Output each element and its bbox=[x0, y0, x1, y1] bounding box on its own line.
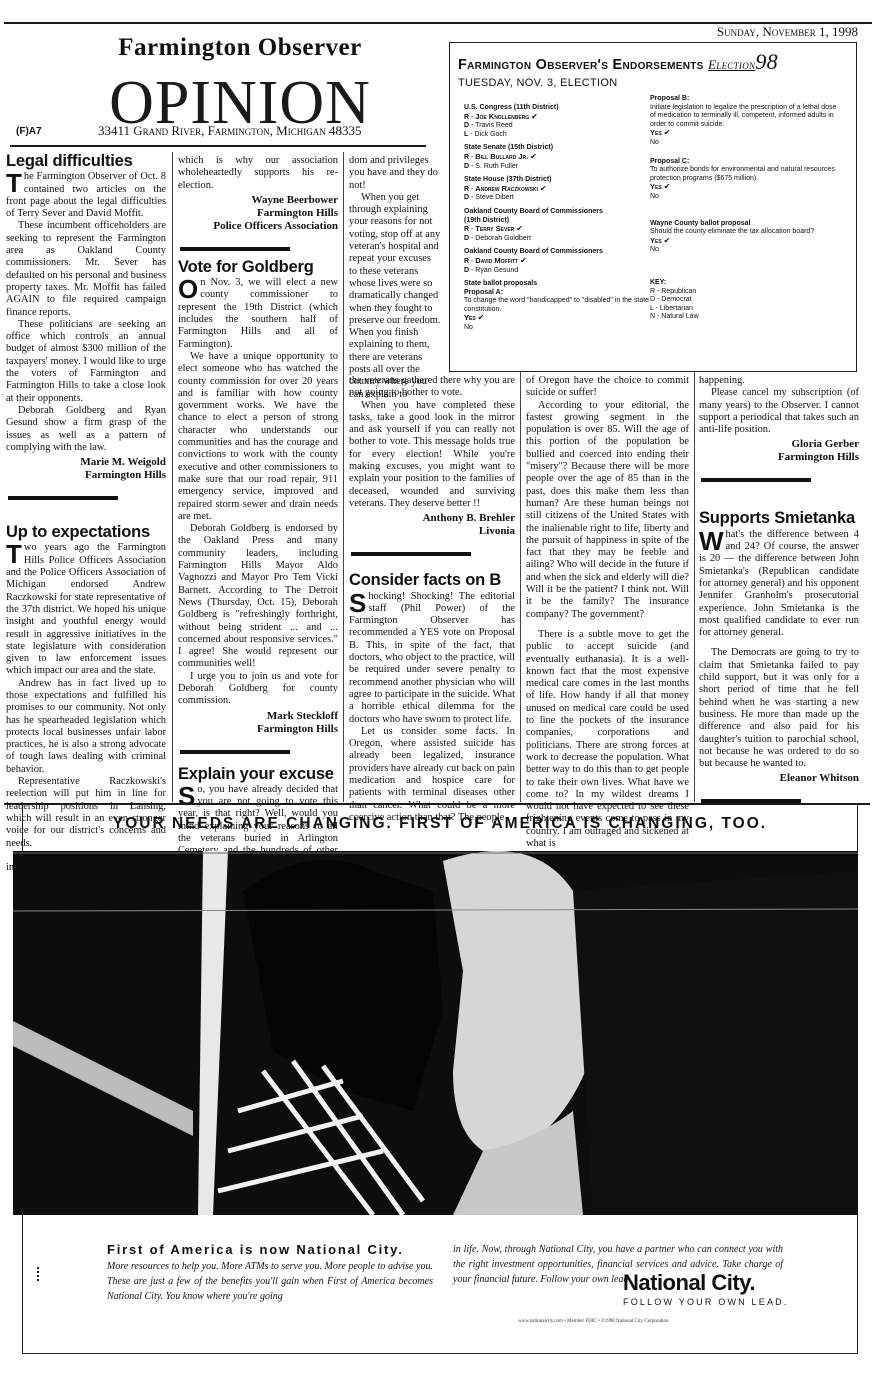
column-4: of Oregon have the choice to commit suic… bbox=[526, 375, 689, 850]
letter-headline: Explain your excuse bbox=[178, 768, 338, 780]
paper-name: Farmington Observer bbox=[90, 34, 390, 62]
column-5: happening. Please cancel my subscription… bbox=[699, 375, 859, 813]
checkmark-icon: ✔ bbox=[520, 256, 527, 265]
column-1: Legal difficulties The Farmington Observ… bbox=[6, 155, 166, 874]
ad-photo bbox=[13, 851, 858, 1215]
ad-copy-left: More resources to help you. More ATMs to… bbox=[107, 1259, 433, 1304]
drop-cap: W bbox=[699, 530, 724, 552]
race: State Senate (15th District) R - Bill Bu… bbox=[464, 144, 654, 171]
letter-legal-difficulties: Legal difficulties The Farmington Observ… bbox=[6, 155, 166, 500]
page-number: (F)A7 bbox=[16, 126, 42, 137]
endorsements-title: Farmington Observer's Endorsements Elect… bbox=[458, 49, 856, 75]
column-3: the veterans gathered there why you are … bbox=[349, 375, 515, 824]
checkmark-icon: ✔ bbox=[478, 313, 485, 322]
checkmark-icon: ✔ bbox=[664, 182, 671, 191]
ad-headline: YOUR NEEDS ARE CHANGING. FIRST OF AMERIC… bbox=[23, 815, 857, 833]
election-badge-year: 98 bbox=[755, 49, 778, 74]
portrait-photo-icon bbox=[13, 851, 858, 1215]
letter-consider-facts-on-b: Consider facts on B Shocking! Shocking! … bbox=[349, 574, 515, 824]
proposal: Wayne County ballot proposal Should the … bbox=[650, 220, 840, 255]
column-divider bbox=[172, 152, 173, 802]
endorsements-subtitle: TUESDAY, NOV. 3, ELECTION bbox=[458, 77, 856, 89]
letter-headline: Legal difficulties bbox=[6, 155, 166, 167]
letter-vote-for-goldberg: Vote for Goldberg On Nov. 3, we will ele… bbox=[178, 261, 338, 754]
letter-signature: Gloria Gerber Farmington Hills bbox=[699, 438, 859, 464]
dateline: Sunday, November 1, 1998 bbox=[640, 24, 858, 40]
letter-signature: Anthony B. Brehler Livonia bbox=[349, 512, 515, 538]
race: Oakland County Board of Commissioners (1… bbox=[464, 208, 654, 243]
column-divider bbox=[343, 152, 344, 802]
national-city-logo: National City. bbox=[623, 1270, 755, 1296]
proposal: Proposal B: Initiate legislation to lega… bbox=[650, 95, 840, 148]
letter-signature: Marie M. Weigold Farmington Hills bbox=[6, 456, 166, 482]
letter-headline: Up to expectations bbox=[6, 526, 166, 538]
end-bar bbox=[180, 247, 290, 251]
letter-signature: Eleanor Whitson bbox=[699, 772, 859, 785]
checkmark-icon: ✔ bbox=[530, 152, 537, 161]
letter-signature: Wayne Beerbower Farmington Hills Police … bbox=[178, 194, 338, 233]
address: 33411 Grand River, Farmington, Michigan … bbox=[98, 123, 378, 139]
ad-title: First of America is now National City. bbox=[107, 1242, 404, 1257]
letter-headline: Vote for Goldberg bbox=[178, 261, 338, 273]
masthead-rule bbox=[10, 145, 426, 147]
letter-signature: Mark Steckloff Farmington Hills bbox=[178, 710, 338, 736]
state-proposals: State ballot proposals Proposal A: To ch… bbox=[464, 280, 654, 333]
drop-cap: O bbox=[178, 278, 198, 300]
ad-tagline: FOLLOW YOUR OWN LEAD. bbox=[623, 1297, 789, 1307]
ad-footer: www.nationalcity.com • Member FDIC • ©19… bbox=[518, 1319, 669, 1324]
letter-supports-smietanka: Supports Smietanka What's the difference… bbox=[699, 512, 859, 803]
drop-cap: T bbox=[6, 172, 22, 194]
column-divider bbox=[694, 372, 695, 802]
ad-dots-icon bbox=[37, 1267, 41, 1281]
election-badge-script: Election bbox=[708, 57, 755, 72]
end-bar bbox=[180, 750, 290, 754]
end-bar bbox=[351, 552, 471, 556]
drop-cap: T bbox=[6, 543, 22, 565]
letter-headline: Consider facts on B bbox=[349, 574, 515, 586]
party-key: KEY: R - Republican D - Democrat L - Lib… bbox=[650, 279, 840, 322]
column-divider bbox=[520, 372, 521, 802]
column-2: which is why our association wholehearte… bbox=[178, 155, 338, 907]
races-right-column: Proposal B: Initiate legislation to lega… bbox=[650, 95, 840, 322]
race: Oakland County Board of Commissioners R … bbox=[464, 248, 654, 275]
end-bar bbox=[701, 478, 811, 482]
checkmark-icon: ✔ bbox=[531, 112, 538, 121]
letter-headline: Supports Smietanka bbox=[699, 512, 859, 524]
end-bar bbox=[8, 496, 118, 500]
drop-cap: S bbox=[349, 592, 366, 614]
race: U.S. Congress (11th District) R - Joe Kn… bbox=[464, 104, 654, 139]
checkmark-icon: ✔ bbox=[516, 224, 523, 233]
proposal: Proposal C: To authorize bonds for envir… bbox=[650, 158, 840, 202]
column-3-narrow: dom and privileges you have and they do … bbox=[349, 155, 441, 401]
checkmark-icon: ✔ bbox=[540, 184, 547, 193]
checkmark-icon: ✔ bbox=[664, 236, 671, 245]
checkmark-icon: ✔ bbox=[664, 128, 671, 137]
race: State House (37th District) R - Andrew R… bbox=[464, 176, 654, 203]
national-city-advertisement: YOUR NEEDS ARE CHANGING. FIRST OF AMERIC… bbox=[22, 805, 858, 1354]
endorsements-box: Farmington Observer's Endorsements Elect… bbox=[449, 42, 857, 372]
races-left-column: U.S. Congress (11th District) R - Joe Kn… bbox=[464, 99, 654, 333]
